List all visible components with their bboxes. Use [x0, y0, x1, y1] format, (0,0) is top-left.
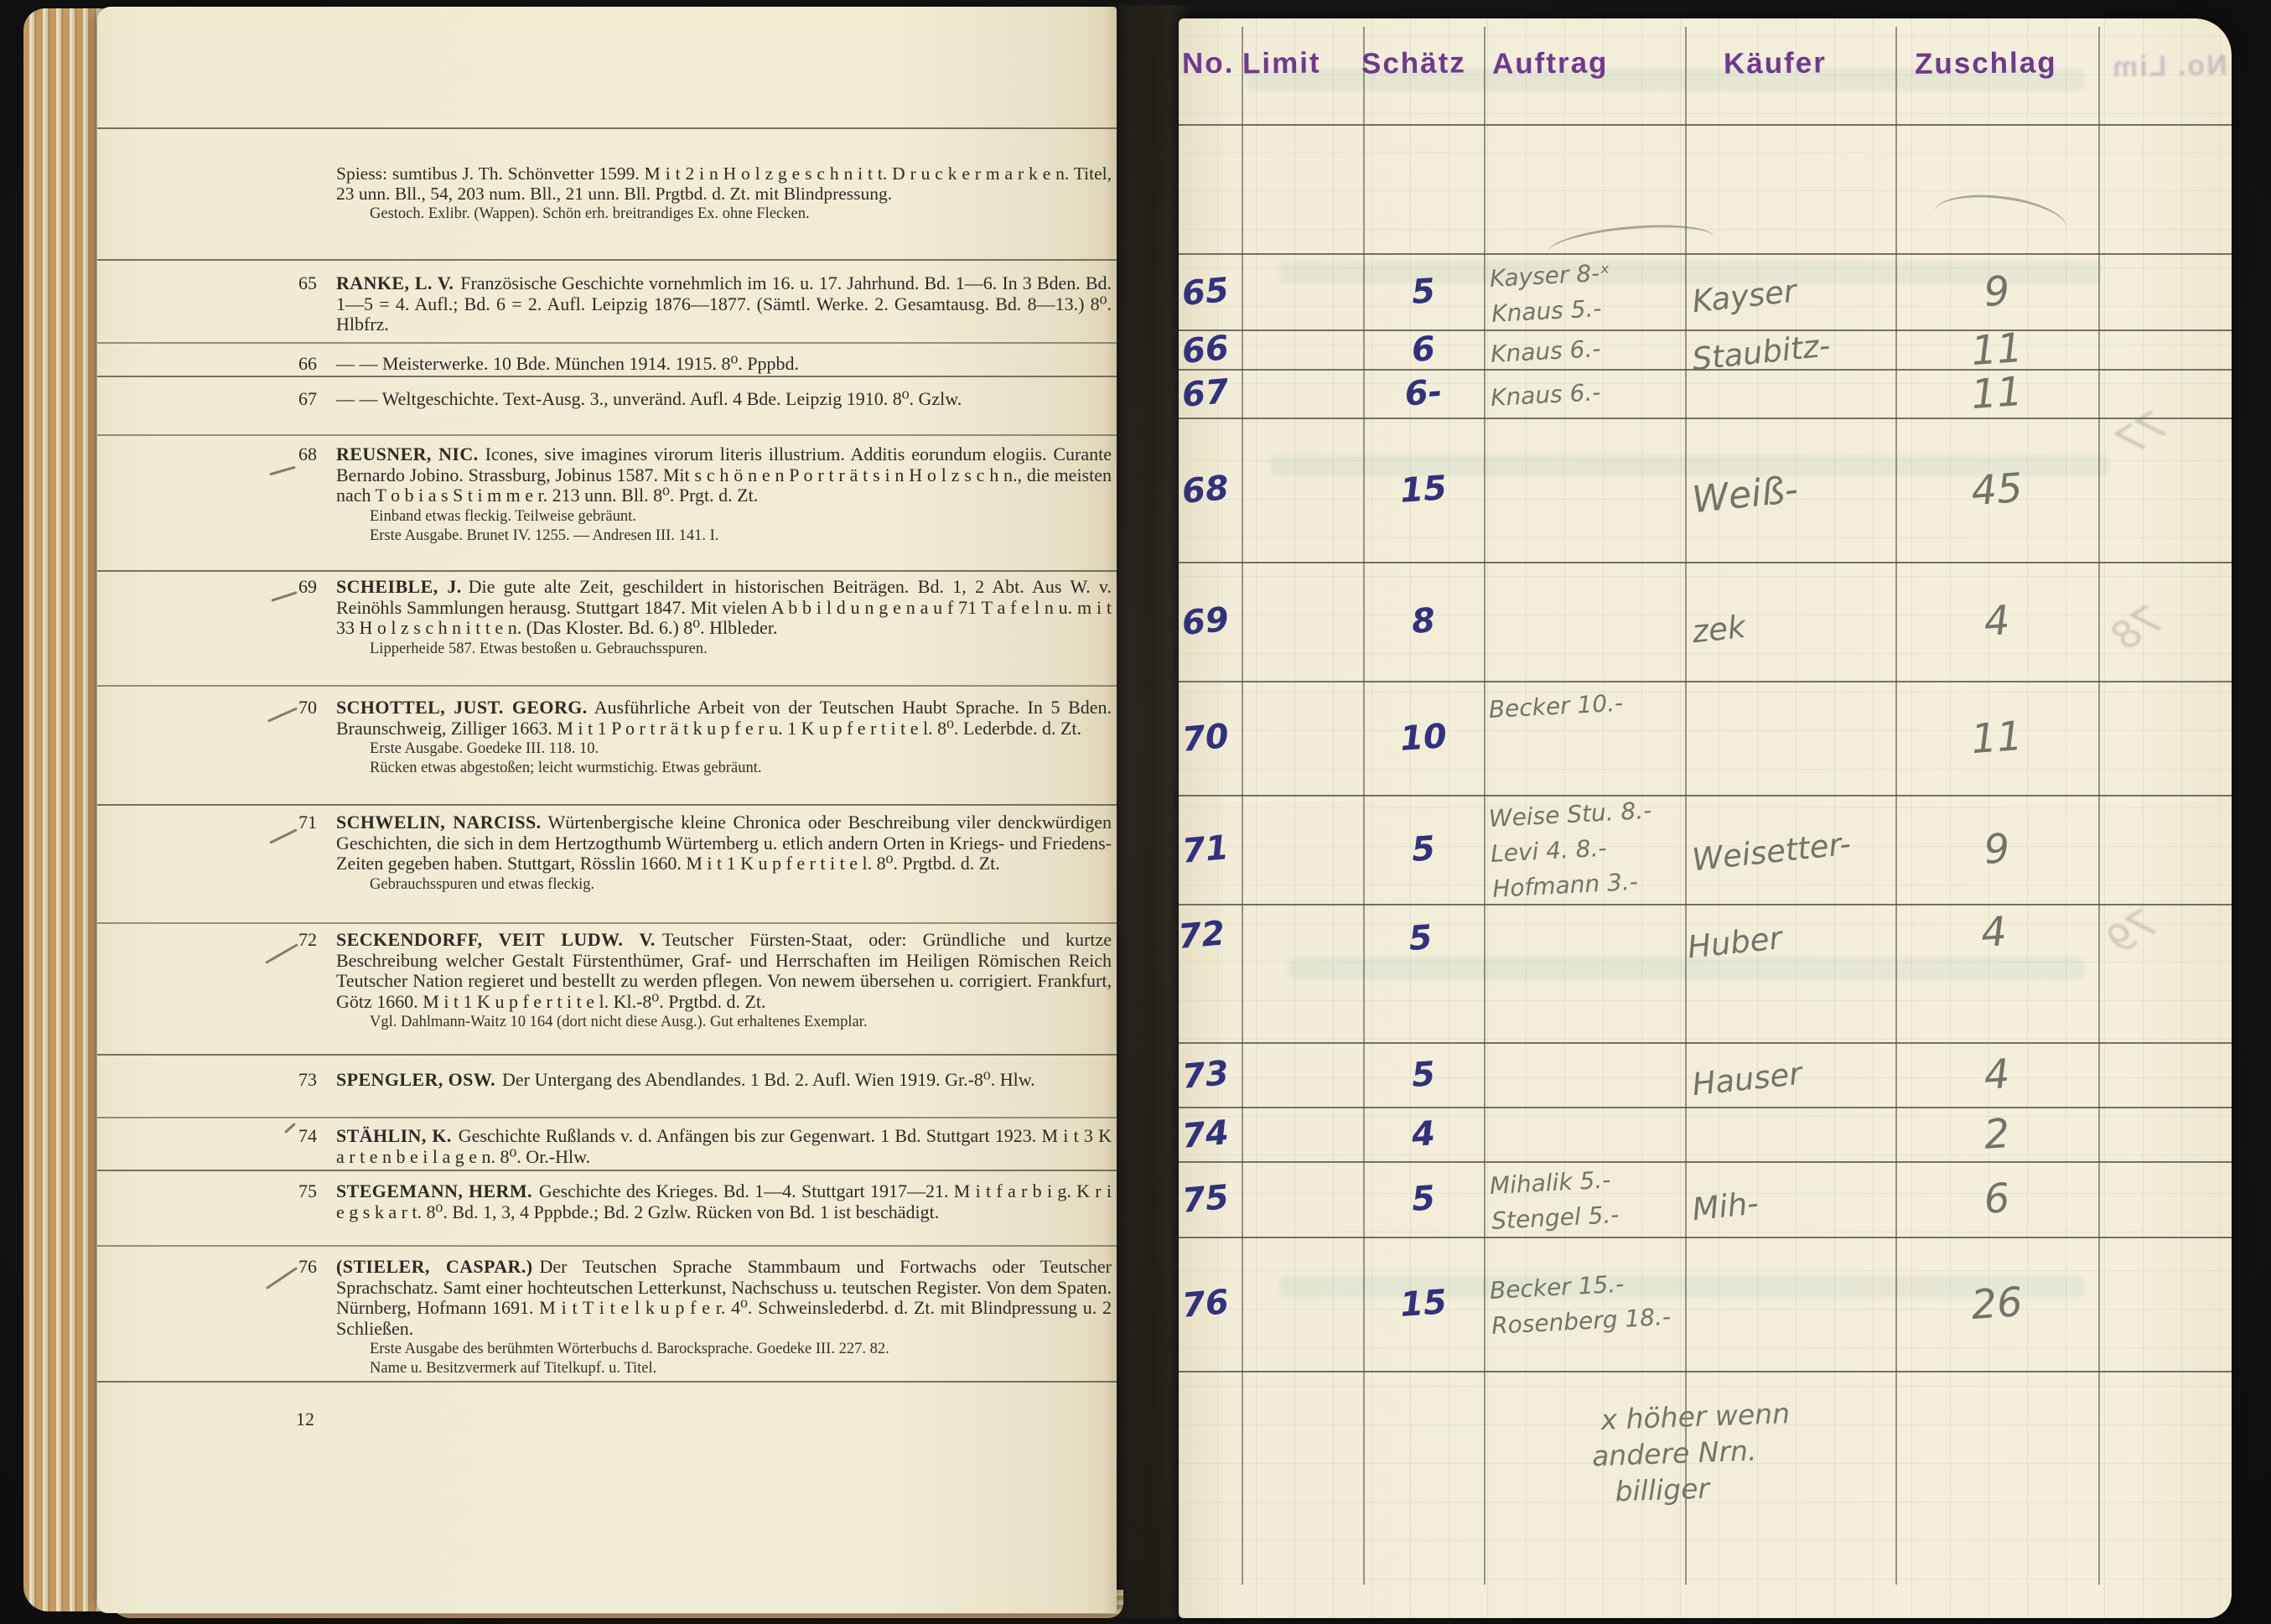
lot-number: 66: [1180, 327, 1239, 371]
entry-text: REUSNER, NIC.Icones, sive imagines viror…: [336, 444, 1112, 545]
buyer-name: zek: [1686, 552, 1897, 691]
rule: [97, 1245, 1117, 1247]
author-name: SCHEIBLE, J.: [336, 576, 462, 597]
rule: [97, 342, 1117, 344]
entry-body: Spiess: sumtibus J. Th. Schönvetter 1599…: [336, 163, 1112, 204]
ledger-page: No. Limit Schätz Auftrag Käufer Zuschlag…: [1179, 18, 2232, 1618]
row-line: [1179, 124, 2232, 126]
estimate-value: 5: [1361, 1038, 1485, 1111]
header-zuschlag: Zuschlag: [1915, 46, 2057, 81]
bid-order: Stengel 5.-: [1491, 1197, 1620, 1239]
lot-number: 73: [275, 1070, 317, 1091]
hammer-price: 4: [1895, 897, 2098, 1054]
ledger-row-76: 76 15 Becker 15.- Rosenberg 18.- 26: [1179, 1237, 2232, 1371]
lot-number: 67: [1180, 366, 1240, 420]
catalog-entry: 68 REUSNER, NIC.Icones, sive imagines vi…: [275, 444, 1112, 545]
entry-text: (STIELER, CASPAR.)Der Teutschen Sprache …: [336, 1257, 1112, 1378]
bid-order: Knaus 6.-: [1490, 375, 1601, 416]
bid-orders: Knaus 6.-: [1490, 364, 1683, 423]
ledger-row-67: 67 6- Knaus 6.- 11: [1179, 369, 2232, 418]
catalog-entry: 70 SCHOTTEL, JUST. GEORG.Ausführliche Ar…: [275, 698, 1112, 777]
entry-text: SCHEIBLE, J.Die gute alte Zeit, geschild…: [336, 577, 1112, 658]
lot-number: 72: [275, 930, 317, 951]
entry-text: SCHWELIN, NARCISS.Würtenbergische kleine…: [336, 812, 1112, 894]
estimate-value: 15: [1359, 1232, 1489, 1375]
ledger-row-71: 71 5 Weise Stu. 8.- Levi 4. 8.- Hofmann …: [1179, 795, 2232, 904]
catalog-entry: 75 STEGEMANN, HERM.Geschichte des Kriege…: [275, 1181, 1112, 1222]
condition-note: Lipperheide 587. Etwas bestoßen u. Gebra…: [370, 641, 1112, 658]
author-name: SCHOTTEL, JUST. GEORG.: [336, 697, 588, 718]
reference-note: Erste Ausgabe des berühmten Wörterbuchs …: [370, 1341, 1112, 1358]
footnote-line: billiger: [1615, 1467, 1793, 1509]
header-auftrag: Auftrag: [1492, 46, 1609, 80]
lot-number: 68: [1176, 415, 1244, 563]
catalog-entry: 72 SECKENDORFF, VEIT LUDW. V.Teutscher F…: [275, 930, 1112, 1031]
rule: [97, 1381, 1117, 1383]
entry-text: — — Meisterwerke. 10 Bde. München 1914. …: [336, 354, 1112, 375]
condition-note: Name u. Besitzvermerk auf Titelkupf. u. …: [370, 1360, 1112, 1378]
lot-number: 69: [275, 577, 317, 598]
rule: [97, 922, 1117, 924]
bid-orders: Becker 15.- Rosenberg 18.-: [1487, 1232, 1685, 1376]
rule: [97, 434, 1117, 436]
entry-text: SPENGLER, OSW.Der Untergang des Abendlan…: [336, 1070, 1112, 1091]
hammer-price: 4: [1895, 555, 2097, 687]
lot-number: 67: [275, 389, 317, 410]
lot-number: 70: [275, 698, 317, 719]
hammer-price: 6: [1897, 1154, 2097, 1243]
ledger-row-70: 70 10 Becker 10.- 11: [1179, 681, 2232, 795]
catalog-entry-carryover: Spiess: sumtibus J. Th. Schönvetter 1599…: [275, 164, 1112, 223]
lot-number: 76: [275, 1257, 317, 1278]
bid-orders: Weise Stu. 8.- Levi 4. 8.- Hofmann 3.-: [1488, 790, 1684, 909]
catalog-entry: 66 — — Meisterwerke. 10 Bde. München 191…: [275, 354, 1112, 375]
bid-order: Becker 10.-: [1488, 686, 1624, 728]
rule: [97, 685, 1117, 687]
lot-number: 75: [275, 1181, 317, 1202]
header-limit: Limit: [1242, 47, 1321, 81]
condition-note: Gestoch. Exlibr. (Wappen). Schön erh. br…: [370, 205, 1112, 223]
page-number: 12: [296, 1409, 314, 1430]
rule: [97, 1170, 1117, 1171]
bid-orders: Mihalik 5.- Stengel 5.-: [1489, 1156, 1683, 1242]
entry-text: STÄHLIN, K.Geschichte Rußlands v. d. Anf…: [336, 1126, 1112, 1167]
estimate-value: 5: [1361, 249, 1486, 334]
entry-body: — — Meisterwerke. 10 Bde. München 1914. …: [336, 353, 799, 374]
estimate-value: 6-: [1361, 365, 1485, 422]
catalog-entry: 67 — — Weltgeschichte. Text-Ausg. 3., un…: [275, 389, 1112, 410]
lot-number: 72: [1175, 901, 1243, 1056]
buyer-name: Mih-: [1688, 1151, 1895, 1247]
lot-number: 74: [275, 1126, 317, 1147]
ledger-row-65: 65 5 Kayser 8-ˣ Knaus 5.- Kayser 9: [1179, 253, 2232, 329]
bid-order: Levi 4. 8.-: [1490, 831, 1608, 872]
pencil-stray-mark: [1931, 188, 2070, 252]
ledger-row-73: 73 5 Hauser 4: [1179, 1042, 2232, 1107]
entry-body: Der Untergang des Abendlandes. 1 Bd. 2. …: [502, 1069, 1035, 1090]
reference-note: Vgl. Dahlmann-Waitz 10 164 (dort nicht d…: [370, 1014, 1112, 1031]
estimate-value: 5: [1360, 791, 1488, 908]
hammer-price: 9: [1897, 246, 2097, 336]
reference-note: Erste Ausgabe. Goedeke III. 118. 10.: [370, 740, 1112, 758]
ledger-row-68: 68 15 Weiß- 45: [1179, 418, 2232, 562]
estimate-value: 4: [1361, 1103, 1485, 1165]
author-name: (STIELER, CASPAR.): [336, 1256, 532, 1277]
hammer-price: 11: [1896, 674, 2098, 802]
bid-order: Weise Stu. 8.-: [1488, 793, 1652, 837]
bid-orders: Kayser 8-ˣ Knaus 5.-: [1489, 248, 1683, 335]
rule: [97, 570, 1117, 572]
entry-text: STEGEMANN, HERM.Geschichte des Krieges. …: [336, 1181, 1112, 1222]
catalog-entry: 73 SPENGLER, OSW.Der Untergang des Abend…: [275, 1070, 1112, 1091]
entry-text: SCHOTTEL, JUST. GEORG.Ausführliche Arbei…: [336, 698, 1112, 777]
lot-number: 66: [275, 354, 317, 375]
estimate-value: 5: [1361, 1157, 1486, 1241]
author-name: STEGEMANN, HERM.: [336, 1180, 532, 1201]
bid-orders: Becker 10.-: [1487, 676, 1684, 807]
ledger-row-74: 74 4 2: [1179, 1107, 2232, 1161]
author-name: SCHWELIN, NARCISS.: [336, 812, 542, 833]
estimate-value: 10: [1359, 677, 1487, 799]
entry-body: — — Weltgeschichte. Text-Ausg. 3., unver…: [336, 388, 962, 409]
lot-number: 75: [1179, 1159, 1241, 1238]
author-name: RANKE, L. V.: [336, 272, 454, 293]
bleed-through-header: No. Lim: [2111, 49, 2227, 84]
auction-catalog-book-spread: Spiess: sumtibus J. Th. Schönvetter 1599…: [0, 0, 2271, 1624]
lot-number: 71: [1177, 792, 1242, 905]
buyer-name: Hauser: [1689, 1032, 1895, 1117]
rule: [97, 1054, 1117, 1056]
ledger-row-69: 69 8 zek 4: [1179, 562, 2232, 681]
book-fore-edge: [23, 8, 104, 1611]
ledger-row-72: 72 5 Huber 4: [1179, 904, 2232, 1042]
lot-number: 65: [275, 273, 317, 294]
footnote-line: x höher wenn: [1600, 1395, 1791, 1438]
entry-text: SECKENDORFF, VEIT LUDW. V.Teutscher Fürs…: [336, 930, 1112, 1031]
condition-note: Gebrauchsspuren und etwas fleckig.: [370, 876, 1112, 894]
author-name: REUSNER, NIC.: [336, 444, 479, 464]
reference-note: Erste Ausgabe. Brunet IV. 1255. — Andres…: [370, 527, 1112, 545]
lot-number: 65: [1179, 251, 1241, 331]
entry-body: Geschichte Rußlands v. d. Anfängen bis z…: [336, 1125, 1112, 1167]
condition-note: Rücken etwas abgestoßen; leicht wurmstic…: [370, 760, 1112, 777]
rule: [97, 1117, 1117, 1118]
rule: [97, 376, 1117, 377]
bid-order: Knaus 6.-: [1490, 331, 1601, 372]
lot-number: 69: [1177, 559, 1242, 682]
header-no: No.: [1182, 47, 1235, 81]
hammer-price: 9: [1896, 788, 2098, 911]
estimate-value: 8: [1359, 558, 1488, 685]
header-kaeufer: Käufer: [1724, 46, 1827, 80]
author-name: SPENGLER, OSW.: [336, 1069, 495, 1090]
condition-note: Einband etwas fleckig. Teilweise gebräun…: [370, 508, 1112, 526]
buyer-name: Weiß-: [1685, 407, 1899, 572]
ledger-row-75: 75 5 Mihalik 5.- Stengel 5.- Mih- 6: [1179, 1161, 2232, 1237]
catalog-entry: 76 (STIELER, CASPAR.)Der Teutschen Sprac…: [275, 1257, 1112, 1378]
estimate-value: 5: [1358, 900, 1489, 1061]
lot-number: 71: [275, 812, 317, 833]
catalog-entry: 74 STÄHLIN, K.Geschichte Rußlands v. d. …: [275, 1126, 1112, 1167]
estimate-value: 15: [1358, 413, 1489, 566]
catalog-entry: 65 RANKE, L. V.Französische Geschichte v…: [275, 273, 1112, 335]
row-line: [1179, 1371, 2232, 1372]
buyer-name: Weisetter-: [1687, 785, 1896, 914]
catalog-entry: 71 SCHWELIN, NARCISS.Würtenbergische kle…: [275, 812, 1112, 894]
catalog-page: Spiess: sumtibus J. Th. Schönvetter 1599…: [97, 7, 1117, 1613]
lot-number: 73: [1180, 1040, 1240, 1108]
entry-text: — — Weltgeschichte. Text-Ausg. 3., unver…: [336, 389, 1112, 410]
catalog-entry: 69 SCHEIBLE, J.Die gute alte Zeit, gesch…: [275, 577, 1112, 658]
lot-number: 70: [1177, 678, 1242, 796]
hammer-price: 26: [1895, 1230, 2099, 1378]
hammer-price: 45: [1895, 411, 2098, 568]
bid-order: Knaus 5.-: [1491, 291, 1602, 332]
rule: [97, 127, 1117, 129]
bid-order: Hofmann 3.-: [1491, 864, 1639, 907]
entry-text: Spiess: sumtibus J. Th. Schönvetter 1599…: [336, 164, 1112, 223]
author-name: SECKENDORFF, VEIT LUDW. V.: [336, 929, 656, 950]
entry-text: RANKE, L. V.Französische Geschichte vorn…: [336, 273, 1112, 335]
rule: [97, 804, 1117, 806]
lot-number: 76: [1176, 1234, 1243, 1372]
lot-number: 74: [1180, 1104, 1239, 1164]
lot-number: 68: [275, 444, 317, 465]
header-schaetz: Schätz: [1361, 46, 1466, 80]
author-name: STÄHLIN, K.: [336, 1125, 452, 1146]
pencil-footnote: x höher wenn andere Nrn. billiger: [1600, 1395, 1793, 1510]
rule: [97, 259, 1117, 261]
